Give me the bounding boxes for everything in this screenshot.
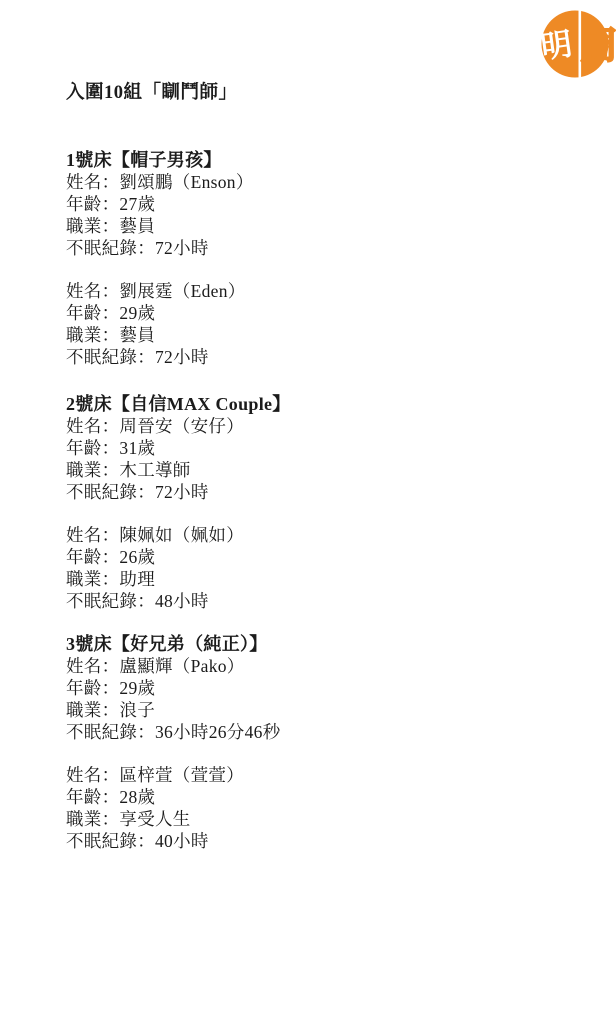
contestant-age: 年齡：31歲 xyxy=(66,437,596,459)
contestant-age: 年齡：28歲 xyxy=(66,786,596,808)
contestant-job: 職業：享受人生 xyxy=(66,808,596,830)
contestant-name: 姓名：周晉安（安仔） xyxy=(66,415,596,437)
mingpao-weekly-logo: 明 周 xyxy=(536,2,616,86)
contestant-sleepless-record: 不眠紀錄：72小時 xyxy=(66,346,596,368)
contestant-sleepless-record: 不眠紀錄：48小時 xyxy=(66,590,596,612)
bed-group-header: 1號床【帽子男孩】 xyxy=(66,149,596,171)
contestant-job: 職業：浪子 xyxy=(66,699,596,721)
contestant-sleepless-record: 不眠紀錄：36小時26分46秒 xyxy=(66,721,596,743)
contestant-profile: 姓名：周晉安（安仔）年齡：31歲職業：木工導師不眠紀錄：72小時 xyxy=(66,415,596,503)
contestant-profile: 姓名：盧顯輝（Pako）年齡：29歲職業：浪子不眠紀錄：36小時26分46秒 xyxy=(66,655,596,743)
contestant-age: 年齡：27歲 xyxy=(66,193,596,215)
contestant-sleepless-record: 不眠紀錄：72小時 xyxy=(66,481,596,503)
page-title: 入圍10組「瞓鬥師」 xyxy=(66,83,596,103)
contestant-age: 年齡：29歲 xyxy=(66,677,596,699)
groups: 1號床【帽子男孩】姓名：劉頌鵬（Enson）年齡：27歲職業：藝員不眠紀錄：72… xyxy=(66,149,596,852)
contestant-name: 姓名：劉展霆（Eden） xyxy=(66,280,596,302)
contestant-profile: 姓名：劉展霆（Eden）年齡：29歲職業：藝員不眠紀錄：72小時 xyxy=(66,280,596,368)
contestant-age: 年齡：26歲 xyxy=(66,546,596,568)
contestant-sleepless-record: 不眠紀錄：72小時 xyxy=(66,237,596,259)
contestant-name: 姓名：陳姵如（姵如） xyxy=(66,524,596,546)
contestant-age: 年齡：29歲 xyxy=(66,302,596,324)
contestant-job: 職業：木工導師 xyxy=(66,459,596,481)
bed-group-2: 2號床【自信MAX Couple】姓名：周晉安（安仔）年齡：31歲職業：木工導師… xyxy=(66,393,596,612)
contestant-profile: 姓名：陳姵如（姵如）年齡：26歲職業：助理不眠紀錄：48小時 xyxy=(66,524,596,612)
contestant-profile: 姓名：區梓萱（萱萱）年齡：28歲職業：享受人生不眠紀錄：40小時 xyxy=(66,764,596,852)
logo-char-zhou: 周 xyxy=(581,26,616,67)
contestant-name: 姓名：區梓萱（萱萱） xyxy=(66,764,596,786)
article-body: 入圍10組「瞓鬥師」 1號床【帽子男孩】姓名：劉頌鵬（Enson）年齡：27歲職… xyxy=(0,0,616,852)
contestant-job: 職業：藝員 xyxy=(66,324,596,346)
logo-char-ming: 明 xyxy=(539,26,575,65)
bed-group-1: 1號床【帽子男孩】姓名：劉頌鵬（Enson）年齡：27歲職業：藝員不眠紀錄：72… xyxy=(66,149,596,368)
bed-group-3: 3號床【好兄弟（純正）】姓名：盧顯輝（Pako）年齡：29歲職業：浪子不眠紀錄：… xyxy=(66,633,596,852)
contestant-job: 職業：助理 xyxy=(66,568,596,590)
contestant-sleepless-record: 不眠紀錄：40小時 xyxy=(66,830,596,852)
contestant-profile: 姓名：劉頌鵬（Enson）年齡：27歲職業：藝員不眠紀錄：72小時 xyxy=(66,171,596,259)
mingpao-logo-icon: 明 周 xyxy=(536,2,616,86)
bed-group-header: 3號床【好兄弟（純正）】 xyxy=(66,633,596,655)
contestant-name: 姓名：盧顯輝（Pako） xyxy=(66,655,596,677)
contestant-name: 姓名：劉頌鵬（Enson） xyxy=(66,171,596,193)
bed-group-header: 2號床【自信MAX Couple】 xyxy=(66,393,596,415)
contestant-job: 職業：藝員 xyxy=(66,215,596,237)
